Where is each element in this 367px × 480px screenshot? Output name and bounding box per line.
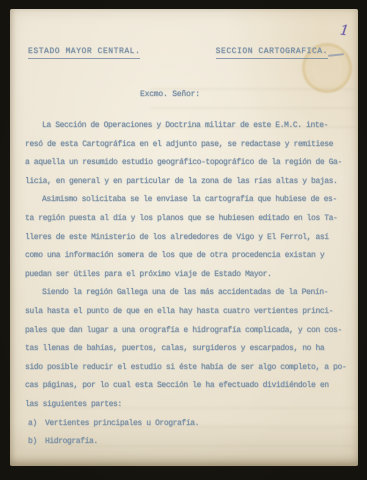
letterhead: ESTADO MAYOR CENTRAL. SECCION CARTOGRAFI… <box>28 47 328 59</box>
list-item-marker: b) <box>28 433 45 452</box>
typed-line: ta región puesta al día y los planos que… <box>25 210 353 229</box>
list-item: a)Vertientes principales u Orografía. <box>25 415 353 434</box>
typed-line: resó de esta Cartográfica en el adjunto … <box>25 136 353 155</box>
page-number: 1 <box>339 23 350 40</box>
typed-line: lleres de este Ministerio de los alreded… <box>25 229 353 248</box>
typed-line: La Sección de Operaciones y Doctrina mil… <box>25 117 353 136</box>
typed-line: Siendo la región Gallega una de las más … <box>25 284 353 303</box>
typed-line: sido posible reducir el estudio si éste … <box>25 359 353 378</box>
letter-body: La Sección de Operaciones y Doctrina mil… <box>25 117 353 452</box>
typed-line: puedan ser útiles para el próximo viaje … <box>25 266 353 285</box>
typed-line: Asimismo solicitaba se le enviase la car… <box>25 191 353 210</box>
letterhead-right: SECCION CARTOGRAFICA. <box>216 47 328 59</box>
typed-line: sula hasta el punto de que en ella hay h… <box>25 303 353 322</box>
list-item-text: Vertientes principales u Orografía. <box>45 419 199 428</box>
typed-line: tas llenas de bahías, puertos, calas, su… <box>25 340 353 359</box>
typed-line: cas páginas, por lo cual esta Sección le… <box>25 377 353 396</box>
document-page: 1 ESTADO MAYOR CENTRAL. SECCION CARTOGRA… <box>10 9 358 466</box>
list-item: b)Hidrografía. <box>25 433 353 452</box>
typed-line: las siguientes partes: <box>25 396 353 415</box>
list-item-text: Hidrografía. <box>45 437 98 446</box>
salutation: Excmo. Señor: <box>140 90 200 99</box>
letterhead-left: ESTADO MAYOR CENTRAL. <box>28 47 140 59</box>
typed-line: a aquella un resumido estudio geográfico… <box>25 154 353 173</box>
list-item-marker: a) <box>28 415 45 434</box>
scan-background: 1 ESTADO MAYOR CENTRAL. SECCION CARTOGRA… <box>0 0 367 480</box>
typed-line: como una información somera de los que d… <box>25 247 353 266</box>
typed-line: pales que dan lugar a una orografía e hi… <box>25 322 353 341</box>
typed-line: licia, en general y en particular de la … <box>25 173 353 192</box>
